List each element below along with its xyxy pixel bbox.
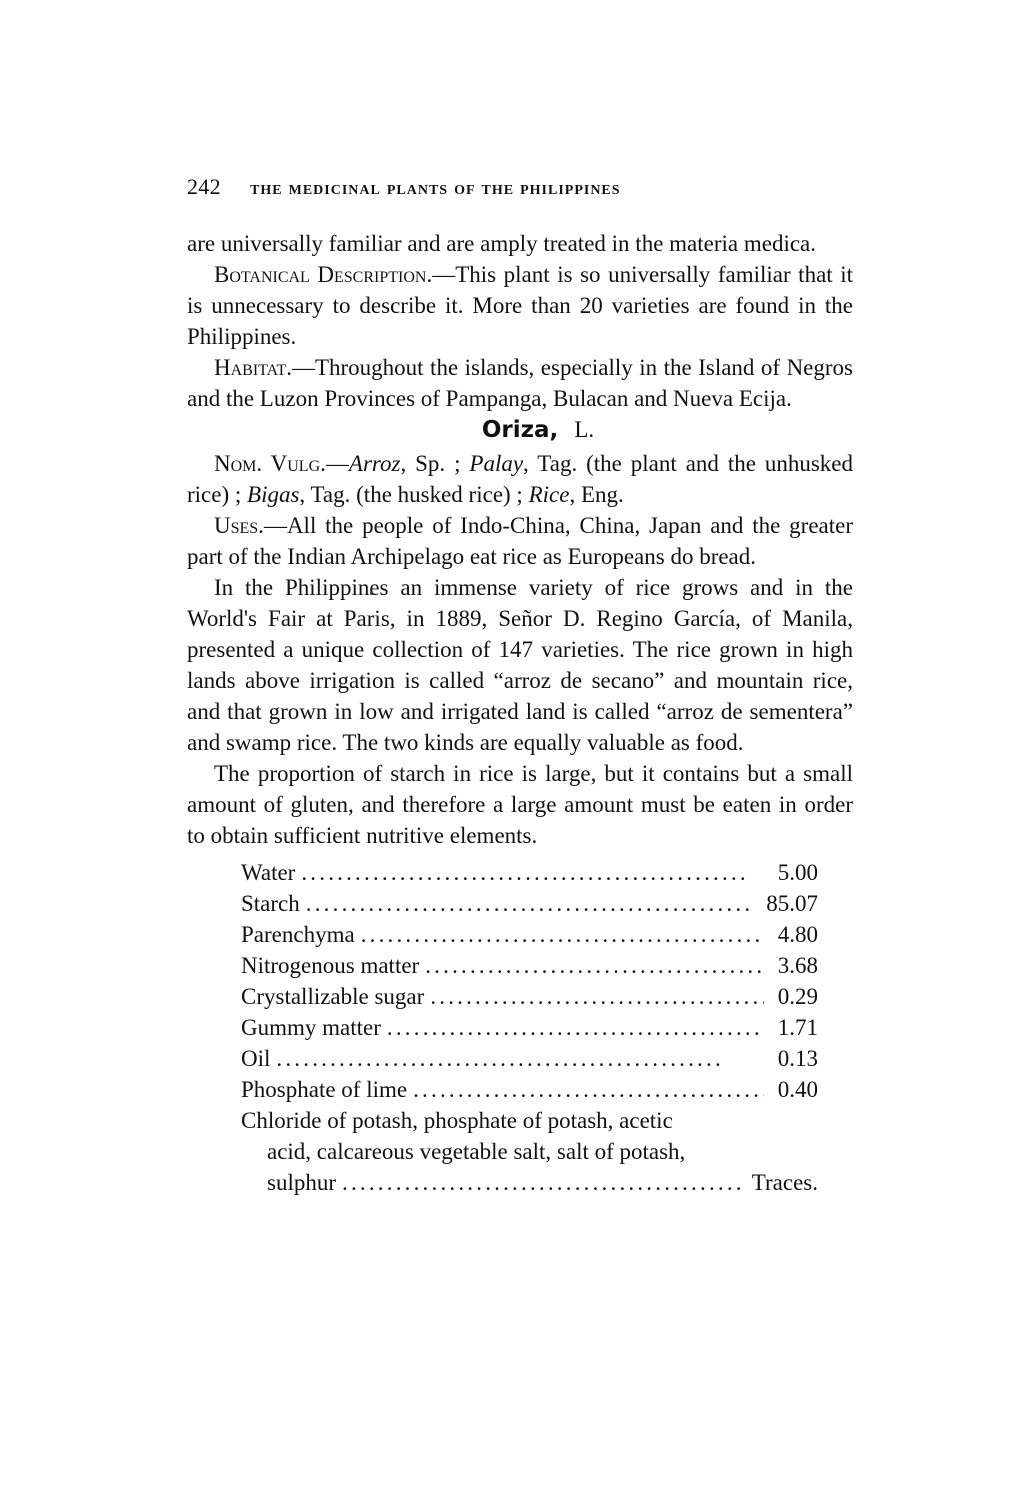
component-value: Traces. bbox=[752, 1167, 818, 1198]
component-label: Crystallizable sugar bbox=[241, 981, 424, 1012]
component-value: 4.80 bbox=[770, 919, 818, 950]
traces-line-1: Chloride of potash, phosphate of potash,… bbox=[241, 1105, 818, 1136]
continuation-paragraph: are universally familiar and are amply t… bbox=[187, 228, 853, 259]
leader-dots: ........................................… bbox=[301, 857, 764, 888]
section-heading: Oriza, L. bbox=[223, 414, 853, 446]
traces-line-2: acid, calcareous vegetable salt, salt of… bbox=[241, 1136, 818, 1167]
nom-vulg-paragraph: Nom. Vulg.—Arroz, Sp. ; Palay, Tag. (the… bbox=[187, 448, 853, 510]
uses-text: —All the people of Indo-China, China, Ja… bbox=[187, 513, 853, 569]
starch-paragraph: The proportion of starch in rice is larg… bbox=[187, 758, 853, 851]
table-row: Water...................................… bbox=[241, 857, 818, 888]
leader-dots: ........................................… bbox=[306, 888, 760, 919]
leader-dots: ........................................… bbox=[342, 1167, 746, 1198]
component-label: Starch bbox=[241, 888, 300, 919]
table-row: Oil.....................................… bbox=[241, 1043, 818, 1074]
running-head: 242 THE MEDICINAL PLANTS OF THE PHILIPPI… bbox=[187, 172, 853, 202]
leader-dots: ........................................… bbox=[387, 1012, 764, 1043]
leader-dots: ........................................… bbox=[413, 1074, 764, 1105]
lang-note: , Tag. (the husked rice) ; bbox=[299, 482, 528, 507]
component-label: Phosphate of lime bbox=[241, 1074, 407, 1105]
component-label: sulphur bbox=[241, 1167, 336, 1198]
component-value: 85.07 bbox=[766, 888, 818, 919]
lang-note: , Eng. bbox=[569, 482, 623, 507]
component-label: Water bbox=[241, 857, 295, 888]
component-label: Nitrogenous matter bbox=[241, 950, 419, 981]
component-label: Oil bbox=[241, 1043, 270, 1074]
table-row: Nitrogenous matter......................… bbox=[241, 950, 818, 981]
habitat-paragraph: Habitat.—Throughout the islands, especia… bbox=[187, 352, 853, 414]
component-value: 0.40 bbox=[770, 1074, 818, 1105]
table-row: Phosphate of lime.......................… bbox=[241, 1074, 818, 1105]
common-name-bigas: Bigas bbox=[247, 482, 299, 507]
composition-table: Water...................................… bbox=[241, 857, 818, 1198]
table-row: Starch..................................… bbox=[241, 888, 818, 919]
authority: L. bbox=[574, 417, 594, 442]
component-value: 1.71 bbox=[770, 1012, 818, 1043]
varieties-paragraph: In the Philippines an immense variety of… bbox=[187, 572, 853, 758]
leader-dots: ........................................… bbox=[361, 919, 764, 950]
botanical-description-label: Botanical Description. bbox=[214, 262, 432, 287]
dash: — bbox=[326, 451, 349, 476]
page-number: 242 bbox=[187, 172, 245, 202]
component-value: 0.13 bbox=[770, 1043, 818, 1074]
table-row: Gummy matter............................… bbox=[241, 1012, 818, 1043]
component-value: 0.29 bbox=[770, 981, 818, 1012]
book-page: 242 THE MEDICINAL PLANTS OF THE PHILIPPI… bbox=[187, 172, 853, 1198]
common-name-arroz: Arroz bbox=[349, 451, 401, 476]
running-title: THE MEDICINAL PLANTS OF THE PHILIPPINES bbox=[250, 177, 621, 199]
lang-note: , Sp. ; bbox=[400, 451, 469, 476]
common-name-rice: Rice bbox=[529, 482, 570, 507]
component-label: Gummy matter bbox=[241, 1012, 381, 1043]
botanical-description-paragraph: Botanical Description.—This plant is so … bbox=[187, 259, 853, 352]
leader-dots: ........................................… bbox=[430, 981, 764, 1012]
table-row-traces: sulphur.................................… bbox=[241, 1167, 818, 1198]
uses-paragraph: Uses.—All the people of Indo-China, Chin… bbox=[187, 510, 853, 572]
nom-vulg-label: Nom. Vulg. bbox=[214, 451, 326, 476]
component-label: Parenchyma bbox=[241, 919, 355, 950]
habitat-label: Habitat. bbox=[214, 355, 292, 380]
common-name-palay: Palay bbox=[469, 451, 523, 476]
component-value: 5.00 bbox=[770, 857, 818, 888]
scan-speck bbox=[370, 592, 373, 595]
genus-name: Oriza, bbox=[482, 417, 558, 443]
uses-label: Uses. bbox=[214, 513, 264, 538]
component-value: 3.68 bbox=[770, 950, 818, 981]
table-row: Parenchyma..............................… bbox=[241, 919, 818, 950]
leader-dots: ........................................… bbox=[425, 950, 764, 981]
table-row: Crystallizable sugar....................… bbox=[241, 981, 818, 1012]
leader-dots: ........................................… bbox=[276, 1043, 764, 1074]
